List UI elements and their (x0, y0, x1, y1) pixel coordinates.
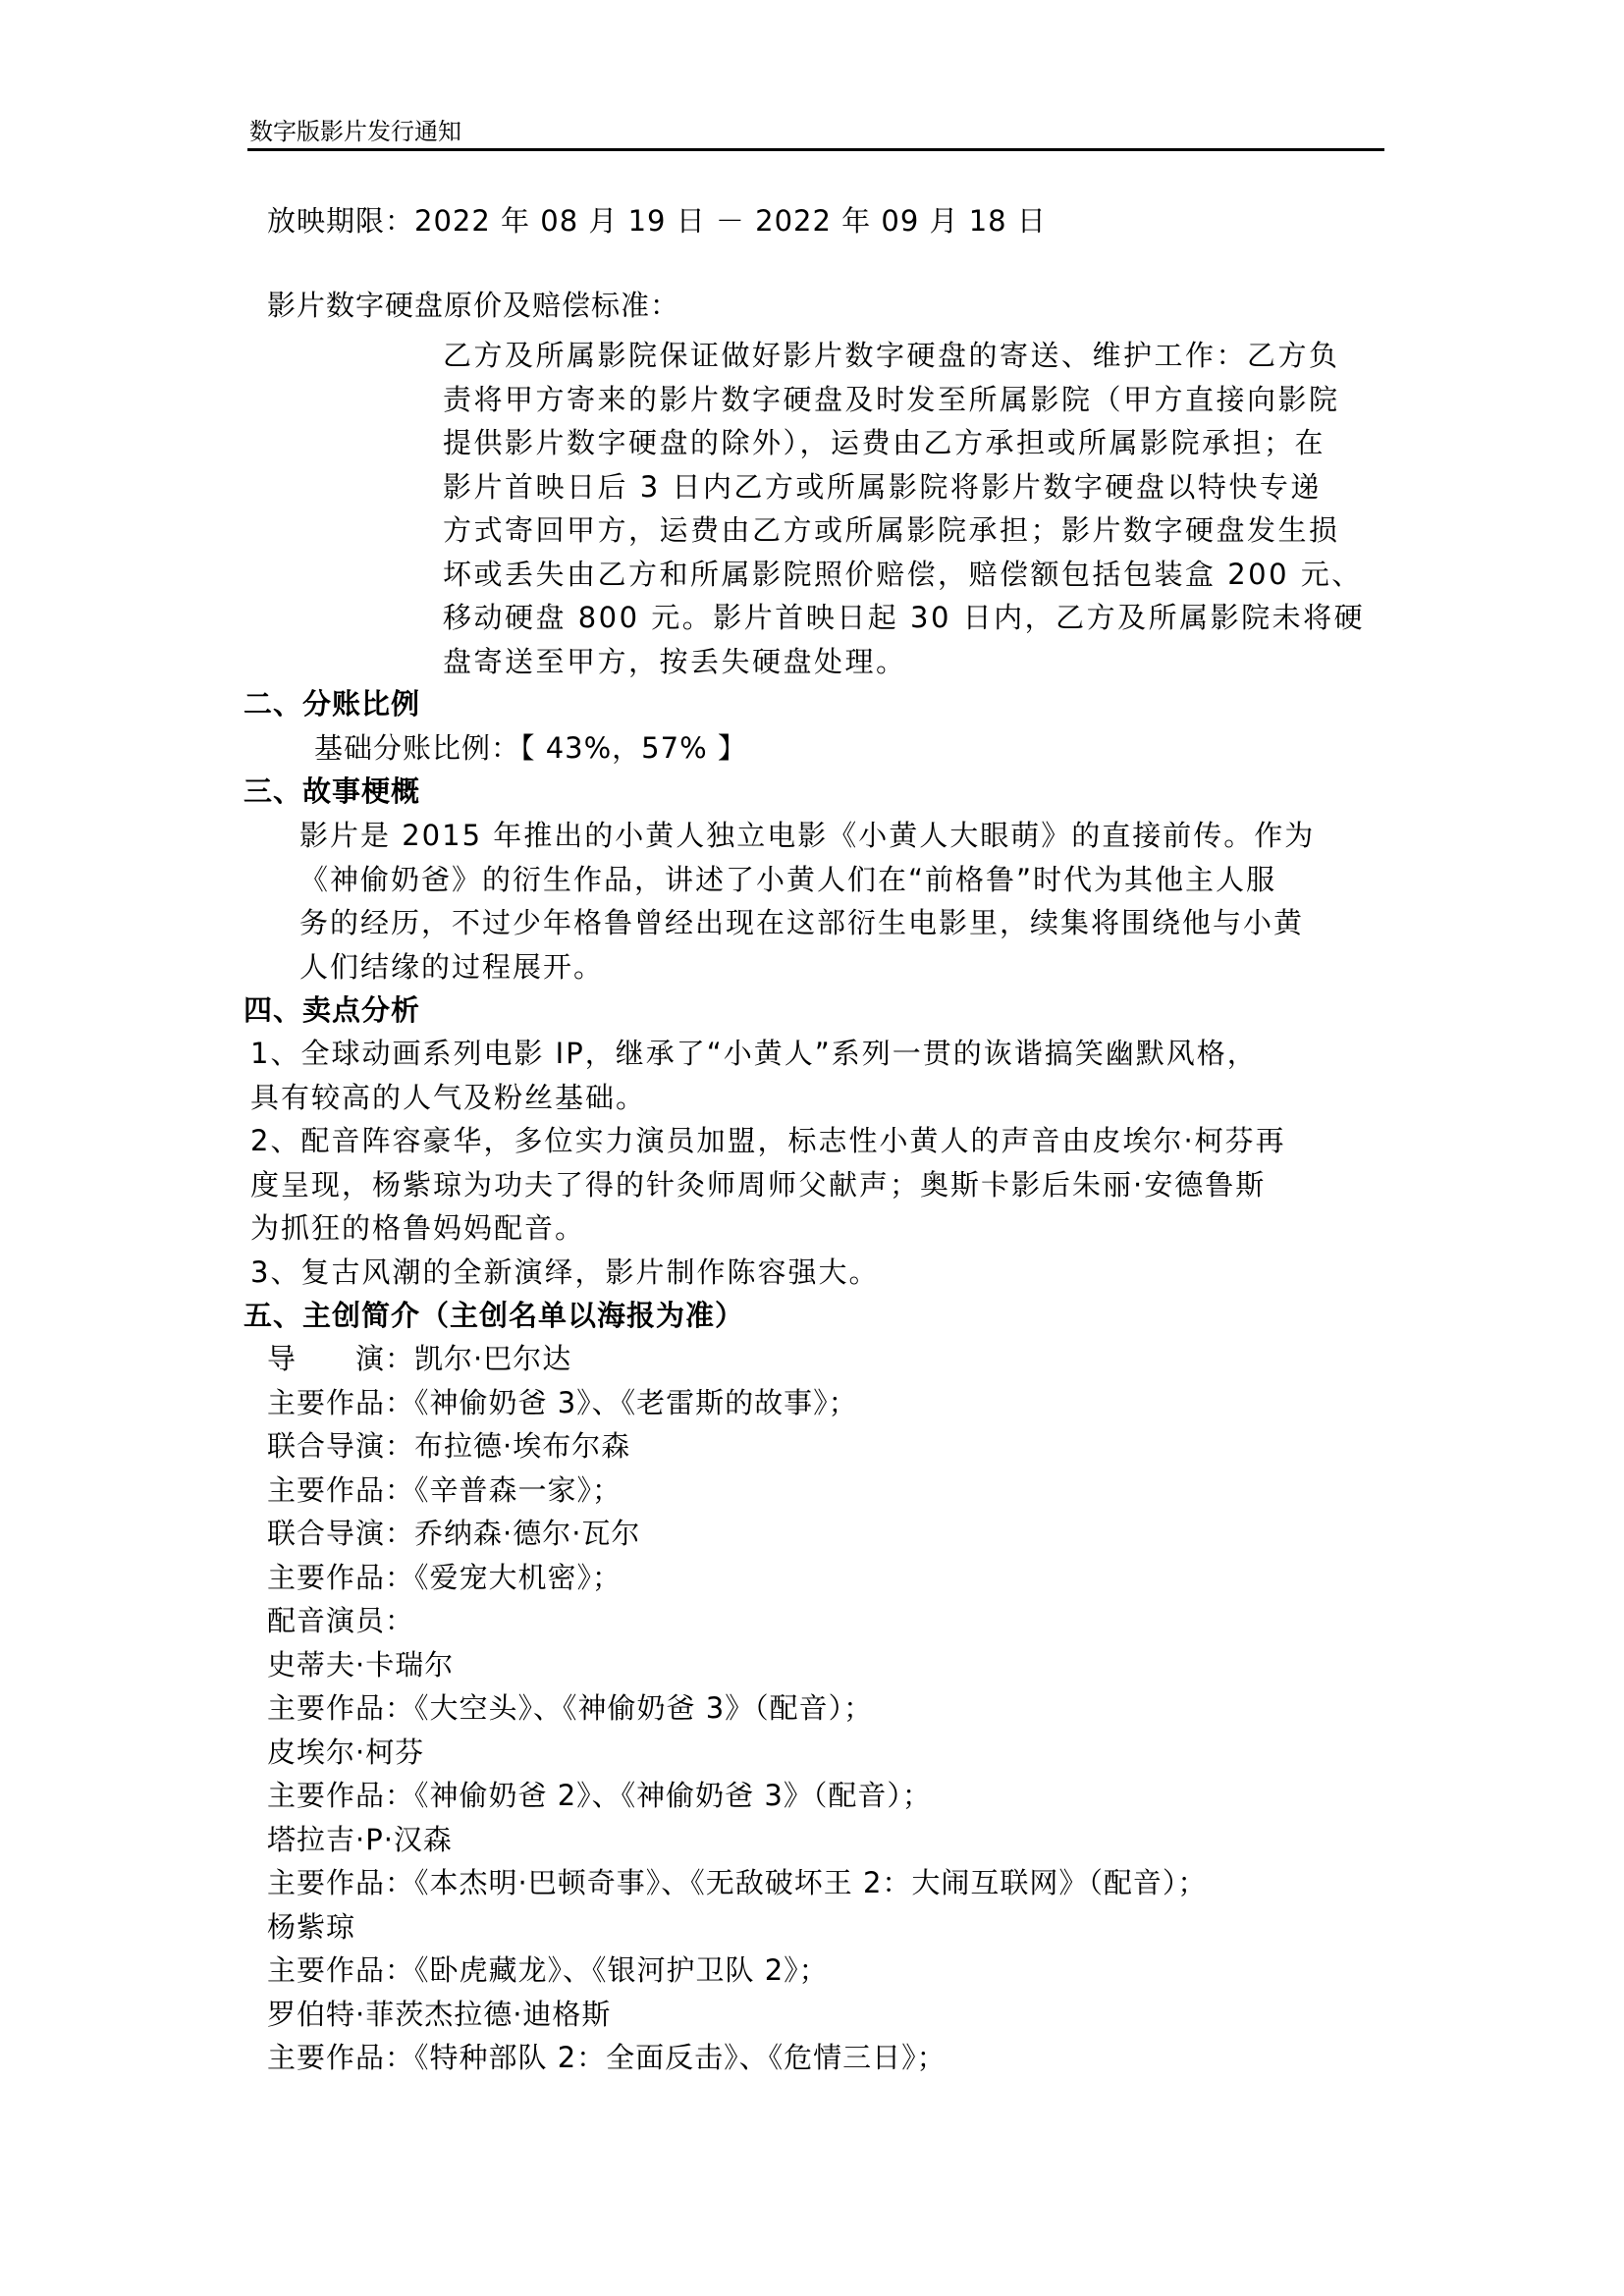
paragraph-line: 移动硬盘 800 元。影片首映日起 30 日内，乙方及所属影院未将硬 (443, 596, 1387, 640)
credit-line: 主要作品：《大空头》、《神偷奶爸 3》（配音）； (267, 1686, 1396, 1731)
credit-line: 配音演员： (267, 1599, 1396, 1643)
paragraph-line: 方式寄回甲方，运费由乙方或所属影院承担；影片数字硬盘发生损 (443, 508, 1387, 553)
credit-line: 主要作品：《神偷奶爸 3》、《老雷斯的故事》； (267, 1381, 1396, 1425)
credit-line: 主要作品：《神偷奶爸 2》、《神偷奶爸 3》（配音）； (267, 1774, 1396, 1818)
credit-line: 主要作品：《特种部队 2：全面反击》、《危情三日》； (267, 2036, 1396, 2080)
section-heading-revenue-split: 二、分账比例 (244, 682, 420, 725)
credit-line: 史蒂夫·卡瑞尔 (267, 1643, 1396, 1687)
credit-line: 主要作品：《辛普森一家》； (267, 1468, 1396, 1513)
synopsis-paragraph: 影片是 2015 年推出的小黄人独立电影《小黄人大眼萌》的直接前传。作为 《神偷… (299, 814, 1387, 988)
paragraph-line: 盘寄送至甲方，按丢失硬盘处理。 (443, 640, 1387, 684)
paragraph-line: 坏或丢失由乙方和所属影院照价赔偿，赔偿额包括包装盒 200 元、 (443, 553, 1387, 597)
paragraph-line: 务的经历，不过少年格鲁曾经出现在这部衍生电影里，续集将围绕他与小黄 (299, 901, 1387, 945)
paragraph-line: 影片是 2015 年推出的小黄人独立电影《小黄人大眼萌》的直接前传。作为 (299, 814, 1387, 858)
list-line: 2、配音阵容豪华，多位实力演员加盟，标志性小黄人的声音由皮埃尔·柯芬再 (250, 1119, 1389, 1163)
paragraph-line: 影片首映日后 3 日内乙方或所属影院将影片数字硬盘以特快专递 (443, 465, 1387, 509)
paragraph-line: 提供影片数字硬盘的除外），运费由乙方承担或所属影院承担；在 (443, 421, 1387, 465)
screening-period: 放映期限：2022 年 08 月 19 日 － 2022 年 09 月 18 日 (267, 199, 1047, 242)
selling-points-list: 1、全球动画系列电影 IP，继承了“小黄人”系列一贯的诙谐搞笑幽默风格， 具有较… (250, 1032, 1389, 1294)
credit-line: 导 演：凯尔·巴尔达 (267, 1337, 1396, 1381)
credit-line: 塔拉吉·P·汉森 (267, 1818, 1396, 1862)
list-line: 为抓狂的格鲁妈妈配音。 (250, 1206, 1389, 1251)
disk-compensation-paragraph: 乙方及所属影院保证做好影片数字硬盘的寄送、维护工作：乙方负 责将甲方寄来的影片数… (443, 334, 1387, 683)
credit-line: 罗伯特·菲茨杰拉德·迪格斯 (267, 1993, 1396, 2037)
paragraph-line: 乙方及所属影院保证做好影片数字硬盘的寄送、维护工作：乙方负 (443, 334, 1387, 378)
list-line: 度呈现，杨紫琼为功夫了得的针灸师周师父献声；奥斯卡影后朱丽·安德鲁斯 (250, 1163, 1389, 1207)
credit-line: 主要作品：《卧虎藏龙》、《银河护卫队 2》； (267, 1949, 1396, 1993)
list-line: 1、全球动画系列电影 IP，继承了“小黄人”系列一贯的诙谐搞笑幽默风格， (250, 1032, 1389, 1076)
section-heading-creators: 五、主创简介（主创名单以海报为准） (244, 1294, 744, 1337)
header-rule (247, 148, 1384, 151)
paragraph-line: 责将甲方寄来的影片数字硬盘及时发至所属影院（甲方直接向影院 (443, 378, 1387, 422)
page-header-title: 数字版影片发行通知 (249, 112, 461, 146)
paragraph-line: 《神偷奶爸》的衍生作品，讲述了小黄人们在“前格鲁”时代为其他主人服 (299, 858, 1387, 902)
credit-line: 主要作品：《爱宠大机密》； (267, 1556, 1396, 1600)
credit-line: 主要作品：《本杰明·巴顿奇事》、《无敌破坏王 2：大闹互联网》（配音）； (267, 1861, 1396, 1905)
section-heading-selling-points: 四、卖点分析 (244, 988, 420, 1032)
credit-line: 联合导演：布拉德·埃布尔森 (267, 1424, 1396, 1468)
section-heading-synopsis: 三、故事梗概 (244, 770, 420, 813)
credit-line: 皮埃尔·柯芬 (267, 1731, 1396, 1775)
list-line: 3、复古风潮的全新演绎，影片制作陈容强大。 (250, 1251, 1389, 1295)
credit-line: 联合导演：乔纳森·德尔·瓦尔 (267, 1512, 1396, 1556)
creators-list: 导 演：凯尔·巴尔达 主要作品：《神偷奶爸 3》、《老雷斯的故事》； 联合导演：… (267, 1337, 1396, 2080)
disk-compensation-label: 影片数字硬盘原价及赔偿标准： (267, 284, 679, 327)
credit-line: 杨紫琼 (267, 1905, 1396, 1949)
paragraph-line: 人们结缘的过程展开。 (299, 945, 1387, 989)
list-line: 具有较高的人气及粉丝基础。 (250, 1076, 1389, 1120)
revenue-split-ratio: 基础分账比例：【 43%，57% 】 (314, 726, 747, 770)
